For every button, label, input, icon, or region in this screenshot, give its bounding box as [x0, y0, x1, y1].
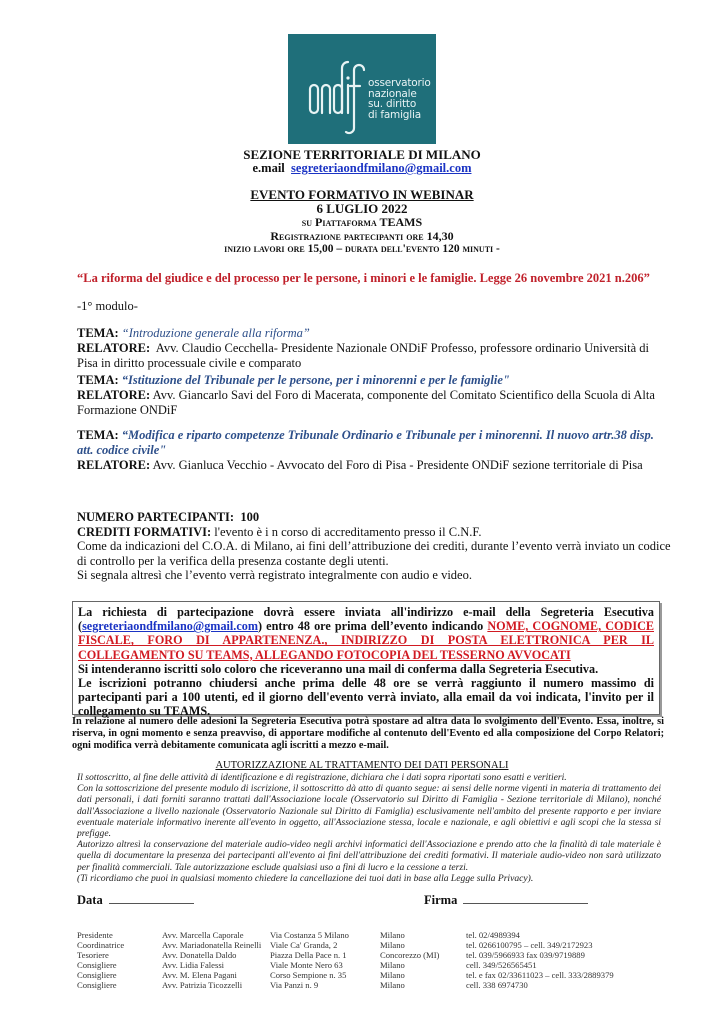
coa-text: Come da indicazioni del C.O.A. di Milano… [77, 539, 677, 568]
signature-field[interactable]: Firma [424, 893, 588, 908]
topic-1: TEMA: “Introduzione generale alla riform… [77, 326, 661, 371]
tema-text: “Istituzione del Tribunale per le person… [122, 373, 510, 387]
tema-text: “Modifica e riparto competenze Tribunale… [77, 428, 654, 457]
table-row: ConsigliereAvv. Lidia FalessiViale Monte… [77, 960, 666, 970]
confirmation-text: Si intenderanno iscritti solo coloro che… [78, 662, 654, 676]
registration-box: La richiesta di partecipazione dovrà ess… [72, 601, 660, 715]
main-title: “La riforma del giudice e del processo p… [77, 271, 650, 286]
topic-2: TEMA: “Istituzione del Tribunale per le … [77, 373, 661, 418]
table-row: ConsigliereAvv. Patrizia TicozzelliVia P… [77, 980, 666, 990]
relatore-line: RELATORE: Avv. Claudio Cecchella- Presid… [77, 341, 661, 371]
relatore-line: RELATORE: Avv. Giancarlo Savi del Foro d… [77, 388, 661, 418]
recording-text: Si segnala altresì che l’evento verrà re… [77, 568, 677, 583]
signature-line[interactable] [463, 894, 588, 904]
registration-request: La richiesta di partecipazione dovrà ess… [78, 605, 654, 662]
tema-text: “Introduzione generale alla riforma” [122, 326, 310, 340]
tema-line: TEMA: “Istituzione del Tribunale per le … [77, 373, 661, 388]
credits-line: CREDITI FORMATIVI: l'evento è i n corso … [77, 525, 677, 540]
logo-text: osservatorio nazionale su. diritto di fa… [368, 78, 431, 120]
header-email-line: e.mail segreteriaondfmilano@gmail.com [0, 161, 724, 176]
event-platform: su Piattaforma TEAMS [0, 215, 724, 230]
date-line[interactable] [109, 894, 194, 904]
email-label: e.mail [252, 161, 284, 175]
event-start-time: inizio lavori ore 15,00 – durata dell'ev… [0, 243, 724, 255]
ondif-logo: osservatorio nazionale su. diritto di fa… [288, 34, 436, 144]
privacy-text: Il sottoscritto, al fine delle attività … [77, 772, 661, 884]
table-row: ConsigliereAvv. M. Elena PaganiCorso Sem… [77, 970, 666, 980]
closing-text: Le iscrizioni potranno chiudersi anche p… [78, 676, 654, 719]
module-label: -1° modulo- [77, 299, 138, 314]
event-registration-time: Registrazione partecipanti ore 14,30 [0, 229, 724, 244]
table-row: CoordinatriceAvv. Mariadonatella Reinell… [77, 940, 666, 950]
relatore-text: Avv. Gianluca Vecchio - Avvocato del For… [153, 458, 643, 472]
organizer-note: In relazione al numero delle adesioni la… [72, 716, 664, 752]
relatore-line: RELATORE: Avv. Gianluca Vecchio - Avvoca… [77, 458, 661, 473]
tema-line: TEMA: “Introduzione generale alla riform… [77, 326, 661, 341]
relatore-text: Avv. Giancarlo Savi del Foro di Macerata… [77, 388, 655, 417]
date-field[interactable]: Data [77, 893, 194, 908]
event-info: NUMERO PARTECIPANTI: 100 CREDITI FORMATI… [77, 510, 677, 583]
table-row: PresidenteAvv. Marcella CaporaleVia Cost… [77, 930, 666, 940]
registration-email-link[interactable]: segreteriaondfmilano@gmail.com [82, 619, 258, 633]
table-row: TesoriereAvv. Donatella DaldoPiazza Dell… [77, 950, 666, 960]
relatore-text: Avv. Claudio Cecchella- Presidente Nazio… [77, 341, 649, 370]
participants-line: NUMERO PARTECIPANTI: 100 [77, 510, 677, 525]
email-link[interactable]: segreteriaondfmilano@gmail.com [291, 161, 471, 175]
topic-3: TEMA: “Modifica e riparto competenze Tri… [77, 428, 661, 473]
ondif-logo-mark-icon [308, 40, 368, 138]
privacy-title: AUTORIZZAZIONE AL TRATTAMENTO DEI DATI P… [0, 760, 724, 771]
tema-line: TEMA: “Modifica e riparto competenze Tri… [77, 428, 661, 458]
board-table: PresidenteAvv. Marcella CaporaleVia Cost… [77, 930, 666, 990]
